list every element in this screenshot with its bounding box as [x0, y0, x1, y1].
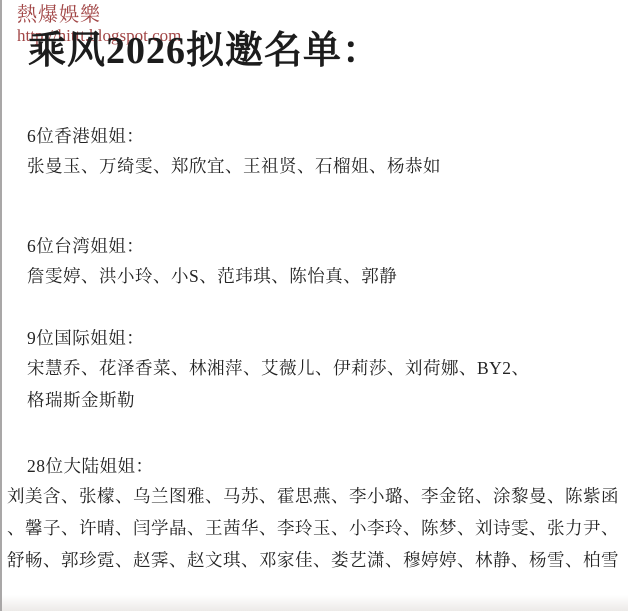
name-list-line-mainland-3: 舒畅、郭珍霓、赵霁、赵文琪、邓家佳、娄艺潇、穆婷婷、林静、杨雪、柏雪: [7, 548, 619, 572]
document-page: 熱爆娛樂 http://hittt.blogspot.com 乘风2026拟邀名…: [0, 0, 628, 611]
left-border-line: [0, 0, 2, 611]
section-header-taiwan: 6位台湾姐姐：: [27, 234, 144, 258]
page-title: 乘风2026拟邀名单：: [28, 28, 381, 74]
name-list-line-mainland-1: 刘美含、张檬、乌兰图雅、马苏、霍思燕、李小璐、李金铭、涂黎曼、陈紫函: [7, 484, 619, 508]
name-list-line-mainland-2: 、馨子、许晴、闫学晶、王茜华、李玲玉、小李玲、陈梦、刘诗雯、张力尹、: [7, 516, 619, 540]
name-list-line-international-2: 格瑞斯金斯勒: [27, 388, 135, 412]
name-list-line-hongkong: 张曼玉、万绮雯、郑欣宜、王祖贤、石榴姐、杨恭如: [27, 154, 441, 178]
section-header-hongkong: 6位香港姐姐：: [27, 124, 144, 148]
section-header-mainland: 28位大陆姐姐：: [27, 454, 154, 478]
bottom-gradient: [2, 595, 628, 611]
section-header-international: 9位国际姐姐：: [27, 326, 144, 350]
name-list-line-international-1: 宋慧乔、花泽香菜、林湘萍、艾薇儿、伊莉莎、刘荷娜、BY2、: [27, 356, 530, 380]
watermark-site-name: 熱爆娛樂: [17, 4, 181, 26]
name-list-line-taiwan: 詹雯婷、洪小玲、小S、范玮琪、陈怡真、郭静: [27, 264, 397, 288]
